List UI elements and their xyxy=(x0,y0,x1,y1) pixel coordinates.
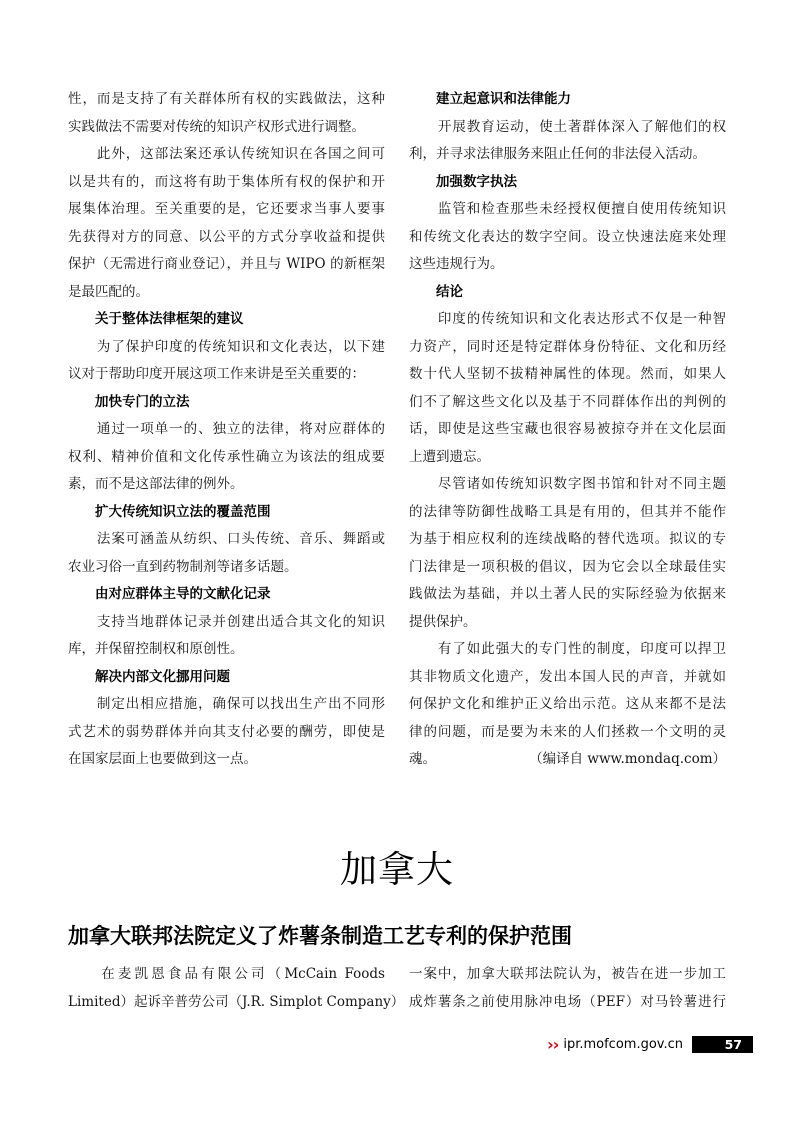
text-line: 实践做法不需要对传统的知识产权形式进行调整。 xyxy=(68,114,385,142)
subheading-line: 结论 xyxy=(409,279,726,307)
text-line: 为基于相应权利的连续战略的替代选项。拟议的专 xyxy=(409,526,726,554)
subheading-line: 解决内部文化挪用问题 xyxy=(68,664,385,692)
text-line: 在麦凯恩食品有限公司（McCain Foods xyxy=(68,961,385,989)
chevron-double-right-icon: ›› xyxy=(547,1037,558,1053)
text-line: 成炸薯条之前使用脉冲电场（PEF）对马铃薯进行 xyxy=(409,989,726,1017)
text-line-with-attribution: 魂。（编译自 www.mondaq.com） xyxy=(409,746,726,774)
text-line: 有了如此强大的专门性的制度，印度可以捍卫 xyxy=(409,636,726,664)
text-line: 为了保护印度的传统知识和文化表达，以下建 xyxy=(68,334,385,362)
text-line: Limited）起诉辛普劳公司（J.R. Simplot Company） xyxy=(68,989,385,1017)
subheading-line: 由对应群体主导的文献化记录 xyxy=(68,581,385,609)
text-line: 监管和检查那些未经授权便擅自使用传统知识 xyxy=(409,196,726,224)
text-line: 制定出相应措施，确保可以找出生产出不同形 xyxy=(68,691,385,719)
text-line: 议对于帮助印度开展这项工作来讲是至关重要的： xyxy=(68,361,385,389)
text-line: 践做法为基础，并以土著人民的实际经验为依据来 xyxy=(409,581,726,609)
text-line: 先获得对方的同意、以公平的方式分享收益和提供 xyxy=(68,224,385,252)
india-article-right-column: 建立起意识和法律能力 开展教育运动，使土著群体深入了解他们的权利，并寻求法律服务… xyxy=(409,86,726,774)
text-line: 这些违规行为。 xyxy=(409,251,726,279)
subheading-line: 关于整体法律框架的建议 xyxy=(68,306,385,334)
subheading-line: 扩大传统知识立法的覆盖范围 xyxy=(68,499,385,527)
text-line: 展集体治理。至关重要的是，它还要求当事人要事 xyxy=(68,196,385,224)
text-line: 利，并寻求法律服务来阻止任何的非法侵入活动。 xyxy=(409,141,726,169)
text-line: 和传统文化表达的数字空间。设立快速法庭来处理 xyxy=(409,224,726,252)
text-line: 在国家层面上也要做到这一点。 xyxy=(68,746,385,774)
text-line: 式艺术的弱势群体并向其支付必要的酬劳，即使是 xyxy=(68,719,385,747)
text-line: 权利、精神价值和文化传承性确立为该法的组成要 xyxy=(68,444,385,472)
line-text: 魂。 xyxy=(409,746,436,774)
text-line: 数十代人坚韧不拔精神属性的体现。然而，如果人 xyxy=(409,361,726,389)
canada-article-left-column: 在麦凯恩食品有限公司（McCain FoodsLimited）起诉辛普劳公司（J… xyxy=(68,961,385,1016)
text-line: 开展教育运动，使土著群体深入了解他们的权 xyxy=(409,114,726,142)
footer-site-url: ipr.mofcom.gov.cn xyxy=(563,1037,683,1052)
text-line: 力资产，同时还是特定群体身份特征、文化和历经 xyxy=(409,334,726,362)
text-line: 一案中，加拿大联邦法院认为，被告在进一步加工 xyxy=(409,961,726,989)
text-line: 话，即使是这些宝藏也很容易被掠夺并在文化层面 xyxy=(409,416,726,444)
text-line: 以是共有的，而这将有助于集体所有权的保护和开 xyxy=(68,169,385,197)
page-footer: ›› ipr.mofcom.gov.cn 57 xyxy=(0,1036,753,1053)
text-line: 保护（无需进行商业登记），并且与 WIPO 的新框架 xyxy=(68,251,385,279)
text-line: 门法律是一项积极的倡议，因为它会以全球最佳实 xyxy=(409,554,726,582)
subheading-line: 建立起意识和法律能力 xyxy=(409,86,726,114)
page-number: 57 xyxy=(725,1037,742,1052)
subheading-line: 加强数字执法 xyxy=(409,169,726,197)
country-section-heading: 加拿大 xyxy=(68,843,726,897)
page-number-badge: 57 xyxy=(692,1036,753,1053)
text-line: 尽管诸如传统知识数字图书馆和针对不同主题 xyxy=(409,471,726,499)
text-line: 提供保护。 xyxy=(409,609,726,637)
document-page: 性，而是支持了有关群体所有权的实践做法，这种实践做法不需要对传统的知识产权形式进… xyxy=(0,0,794,1123)
text-line: 是最匹配的。 xyxy=(68,279,385,307)
text-line: 的法律等防御性战略工具是有用的，但其并不能作 xyxy=(409,499,726,527)
text-line: 农业习俗一直到药物制剂等诸多话题。 xyxy=(68,554,385,582)
article-title: 加拿大联邦法院定义了炸薯条制造工艺专利的保护范围 xyxy=(68,921,572,951)
text-line: 法案可涵盖从纺织、口头传统、音乐、舞蹈或 xyxy=(68,526,385,554)
text-line: 们不了解这些文化以及基于不同群体作出的判例的 xyxy=(409,389,726,417)
text-line: 律的问题，而是要为未来的人们拯救一个文明的灵 xyxy=(409,719,726,747)
text-line: 其非物质文化遗产，发出本国人民的声音，并就如 xyxy=(409,664,726,692)
india-article-left-column: 性，而是支持了有关群体所有权的实践做法，这种实践做法不需要对传统的知识产权形式进… xyxy=(68,86,385,774)
text-line: 库，并保留控制权和原创性。 xyxy=(68,636,385,664)
text-line: 性，而是支持了有关群体所有权的实践做法，这种 xyxy=(68,86,385,114)
text-line: 素，而不是这部法律的例外。 xyxy=(68,471,385,499)
text-line: 上遭到遗忘。 xyxy=(409,444,726,472)
subheading-line: 加快专门的立法 xyxy=(68,389,385,417)
text-line: 何保护文化和维护正义给出示范。这从来都不是法 xyxy=(409,691,726,719)
text-line: 此外，这部法案还承认传统知识在各国之间可 xyxy=(68,141,385,169)
text-line: 通过一项单一的、独立的法律，将对应群体的 xyxy=(68,416,385,444)
text-line: 印度的传统知识和文化表达形式不仅是一种智 xyxy=(409,306,726,334)
text-line: 支持当地群体记录并创建出适合其文化的知识 xyxy=(68,609,385,637)
canada-article-right-column: 一案中，加拿大联邦法院认为，被告在进一步加工成炸薯条之前使用脉冲电场（PEF）对… xyxy=(409,961,726,1016)
attribution-text: （编译自 www.mondaq.com） xyxy=(529,746,726,774)
